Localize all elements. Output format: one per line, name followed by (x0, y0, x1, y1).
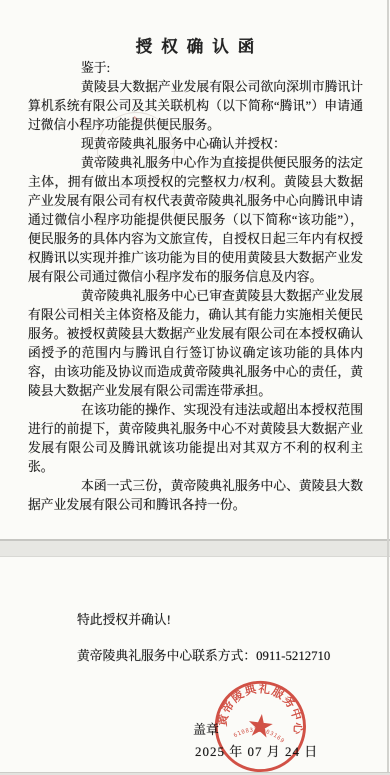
paragraph: 黄帝陵典礼服务中心已审查黄陵县大数据产业发展有限公司相关主体资格及能力，确认其有… (28, 287, 363, 401)
paragraph: 黄帝陵典礼服务中心作为直接提供便民服务的法定主体，拥有做出本项授权的完整权力/权… (28, 154, 363, 287)
official-seal: 黄帝陵典礼服务中心 6108322003169 (206, 671, 314, 775)
paragraph: 现黄帝陵典礼服务中心确认并授权： (28, 135, 363, 154)
document-scan: 授权确认函 鉴于: 黄陵县大数据产业发展有限公司欲向深圳市腾讯计算机系统有限公司… (0, 0, 390, 775)
document-body: 鉴于: 黄陵县大数据产业发展有限公司欲向深圳市腾讯计算机系统有限公司及其关联机构… (28, 59, 363, 515)
contact-info: 黄帝陵典礼服务中心联系方式：0911-5212710 (77, 645, 330, 664)
salutation: 鉴于: (28, 59, 363, 78)
document-title: 授权确认函 (0, 33, 390, 57)
scan-edge-line (387, 0, 389, 775)
page-divider (0, 539, 390, 557)
paragraph: 黄陵县大数据产业发展有限公司欲向深圳市腾讯计算机系统有限公司及其关联机构（以下简… (28, 78, 363, 135)
seal-code: 6108322003169 (232, 725, 286, 745)
closing-statement: 特此授权并确认! (77, 609, 171, 628)
svg-text:6108322003169: 6108322003169 (232, 725, 286, 745)
paragraph: 在该功能的操作、实现没有违法或超出本授权范围进行的前提下，黄帝陵典礼服务中心不对… (28, 401, 363, 477)
paragraph: 本函一式三份，黄帝陵典礼服务中心、黄陵县大数据产业发展有限公司和腾讯各持一份。 (28, 477, 363, 515)
